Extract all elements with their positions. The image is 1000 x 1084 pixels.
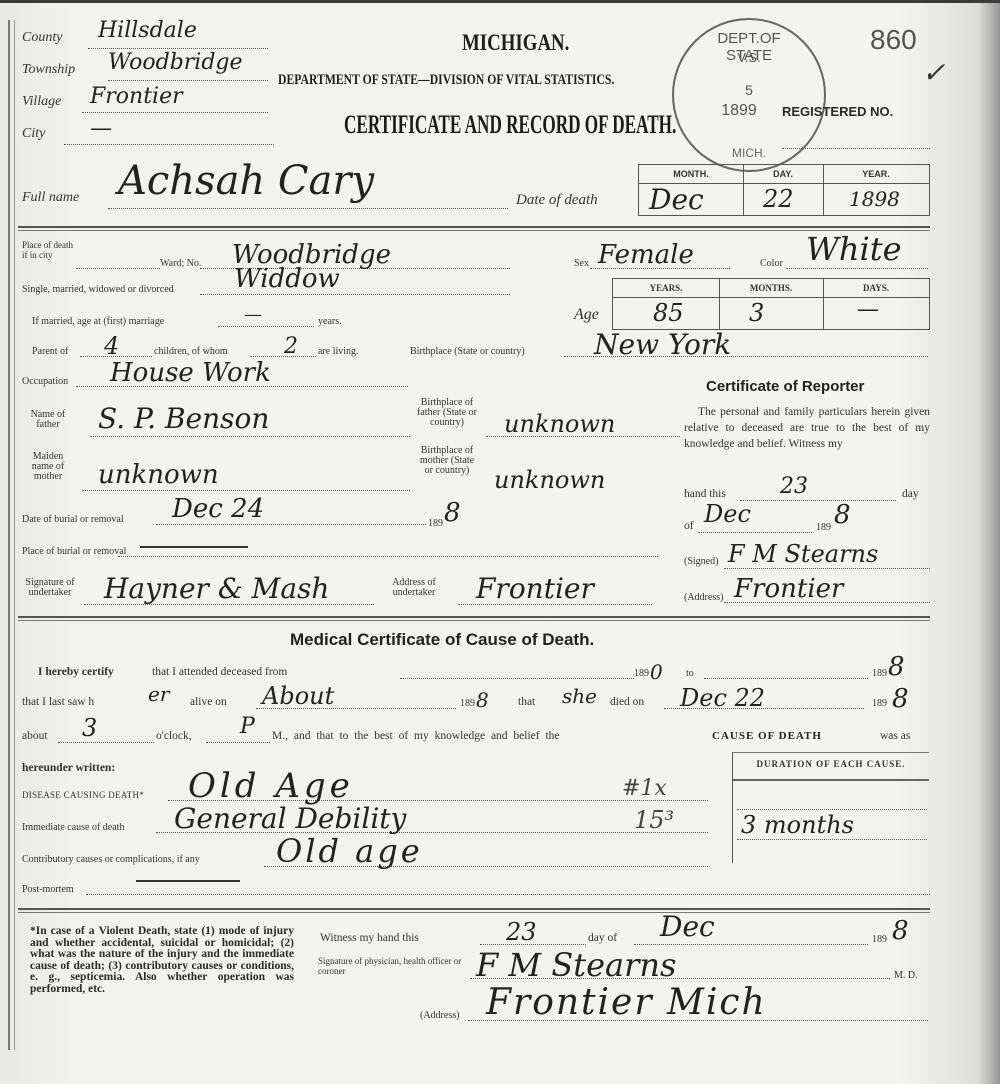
death-month: Dec xyxy=(649,183,704,216)
mother-label: Maiden name of mother xyxy=(22,452,74,482)
reporter-month: Dec xyxy=(704,500,751,528)
oclock-label: o'clock, xyxy=(156,728,192,744)
ampm-line xyxy=(206,742,270,743)
registered-line xyxy=(782,148,930,149)
department-title: DEPARTMENT OF STATE—DIVISION OF VITAL ST… xyxy=(278,72,614,89)
color-label: Color xyxy=(760,258,783,269)
color-line xyxy=(786,268,928,269)
stamp-line2: 5 xyxy=(719,82,779,98)
left-border-rule xyxy=(8,20,15,1050)
disease-value: Old Age xyxy=(188,766,354,806)
sex-label: Sex xyxy=(574,258,589,269)
died-year: 8 xyxy=(892,684,909,714)
alive-on-label: alive on xyxy=(190,694,227,710)
mother-line xyxy=(82,490,410,491)
reporter-day: 23 xyxy=(780,474,808,499)
postmortem-line xyxy=(86,894,930,895)
violent-death-note: *In case of a Violent Death, state (1) m… xyxy=(30,926,294,995)
certify-text: that I attended deceased from xyxy=(152,664,287,680)
father-value: S. P. Benson xyxy=(98,402,269,435)
hour-line xyxy=(58,742,154,743)
cause-bold: CAUSE OF DEATH xyxy=(712,730,822,742)
marriage-age-value: — xyxy=(244,304,262,325)
burial-place-value xyxy=(140,546,248,548)
contributory-value: Old age xyxy=(276,832,423,870)
medical-title: Medical Certificate of Cause of Death. xyxy=(290,630,594,650)
pronoun-value: she xyxy=(562,684,597,708)
reporter-year: 8 xyxy=(834,500,851,530)
father-line xyxy=(90,436,410,437)
day-of-label: day of xyxy=(588,930,617,946)
township-value: Woodbridge xyxy=(108,50,243,75)
age-years: 85 xyxy=(653,299,684,327)
postmortem-value xyxy=(136,880,240,882)
footer-address-label: (Address) xyxy=(420,1010,459,1021)
years-label: years. xyxy=(318,316,342,327)
disease-label: DISEASE CAUSING DEATH* xyxy=(22,790,144,800)
scan-top-edge xyxy=(0,0,1000,3)
duration-line-2 xyxy=(737,839,927,840)
certificate-title: CERTIFICATE AND RECORD OF DEATH. xyxy=(344,110,676,140)
marriage-age-label: If married, age at (first) marriage xyxy=(32,316,164,327)
birthplace-value: New York xyxy=(594,328,731,361)
death-certificate: County Hillsdale Township Woodbridge Vil… xyxy=(0,0,1000,1084)
place-of-death-label: Place of death if in city xyxy=(22,240,74,260)
undertaker-address: Frontier xyxy=(476,572,594,605)
mother-birthplace-label: Birthplace of mother (State or country) xyxy=(416,446,478,476)
reporter-address-label: (Address) xyxy=(684,592,723,603)
village-value: Frontier xyxy=(90,84,183,109)
to-year-prefix: 189 xyxy=(872,668,887,679)
section-divider-2 xyxy=(18,616,930,621)
reporter-signed-line xyxy=(724,568,930,569)
sex-value: Female xyxy=(598,240,694,270)
county-line xyxy=(88,48,268,49)
witness-year-prefix: 189 xyxy=(872,934,887,945)
city-label: City xyxy=(22,126,45,142)
reporter-day-label: day xyxy=(902,486,919,502)
living-line xyxy=(250,356,316,357)
mother-birthplace: unknown xyxy=(494,466,605,494)
burial-place-label: Place of burial or removal xyxy=(22,546,126,557)
alive-on-value: About xyxy=(262,682,334,710)
county-value: Hillsdale xyxy=(98,18,197,43)
md-label: M. D. xyxy=(894,970,918,981)
marital-value: Widdow xyxy=(234,264,340,294)
living-value: 2 xyxy=(284,334,298,359)
reporter-signed: F M Stearns xyxy=(728,540,878,568)
scan-right-edge xyxy=(978,0,1000,1084)
father-birthplace-label: Birthplace of father (State or country) xyxy=(416,398,478,428)
mother-value: unknown xyxy=(98,460,219,490)
city-line xyxy=(64,144,274,145)
occupation-label: Occupation xyxy=(22,376,68,387)
year-header: YEAR. xyxy=(823,169,929,179)
immediate-value: General Debility xyxy=(174,802,406,835)
reporter-signed-label: (Signed) xyxy=(684,556,718,567)
day-header: DAY. xyxy=(743,169,823,179)
date-of-death-label: Date of death xyxy=(516,192,598,209)
living-label: are living. xyxy=(318,346,359,357)
age-label: Age xyxy=(574,306,599,324)
witness-month: Dec xyxy=(660,910,715,943)
to-label: to xyxy=(686,668,694,679)
days-header: DAYS. xyxy=(823,283,929,293)
burial-date-line xyxy=(156,524,426,525)
father-label: Name of father xyxy=(22,410,74,430)
postmortem-label: Post-mortem xyxy=(22,884,74,895)
village-label: Village xyxy=(22,94,61,110)
village-line xyxy=(82,112,268,113)
registered-number: 860 xyxy=(870,24,917,56)
undertaker-address-label: Address of undertaker xyxy=(386,578,442,598)
to-year: 8 xyxy=(888,652,905,682)
months-header: MONTHS. xyxy=(719,283,823,293)
footer-address: Frontier Mich xyxy=(486,982,767,1023)
father-birthplace: unknown xyxy=(504,410,615,438)
date-of-death-box: MONTH. DAY. YEAR. Dec 22 1898 xyxy=(638,164,930,216)
full-name-label: Full name xyxy=(22,190,79,206)
month-header: MONTH. xyxy=(639,169,743,179)
registered-label: REGISTERED NO. xyxy=(782,104,893,119)
full-name-value: Achsah Cary xyxy=(118,158,374,204)
died-on-label: died on xyxy=(610,694,644,710)
age-days: — xyxy=(857,297,879,322)
township-label: Township xyxy=(22,62,75,78)
from-year-prefix: 189 xyxy=(634,668,649,679)
burial-year-prefix: 189 xyxy=(428,518,443,529)
m-label: M., and that to the best of my knowledge… xyxy=(272,728,560,744)
last-saw-label: that I last saw h xyxy=(22,694,94,710)
burial-date: Dec 24 xyxy=(172,494,264,524)
county-label: County xyxy=(22,30,62,46)
duration-line-1 xyxy=(737,809,927,810)
death-year: 1898 xyxy=(849,187,900,211)
duration-value: 3 months xyxy=(741,811,854,839)
from-line xyxy=(400,678,634,679)
reporter-year-prefix: 189 xyxy=(816,522,831,533)
duration-header: DURATION OF EACH CAUSE. xyxy=(733,759,929,769)
marital-line xyxy=(200,294,510,295)
witness-label: Witness my hand this xyxy=(320,930,419,946)
violent-bold: Violent Death, xyxy=(99,925,171,937)
reporter-of-label: of xyxy=(684,518,694,534)
burial-date-label: Date of burial or removal xyxy=(22,514,124,525)
city-value: — xyxy=(90,116,112,141)
age-box: YEARS. MONTHS. DAYS. 85 3 — xyxy=(612,278,930,330)
last-saw-pronoun: er xyxy=(148,682,169,706)
state-title: MICHIGAN. xyxy=(462,30,569,56)
duration-header-rule xyxy=(733,779,929,781)
stamp-bottom-text: MICH. xyxy=(709,146,789,160)
that-label: that xyxy=(518,694,535,710)
burial-year: 8 xyxy=(444,498,461,528)
children-label: children, of whom xyxy=(154,346,228,357)
full-name-line xyxy=(108,208,508,209)
death-day: 22 xyxy=(763,185,794,213)
age-months: 3 xyxy=(749,299,764,327)
reporter-text: The personal and family particulars here… xyxy=(684,404,930,452)
ampm-value: P xyxy=(240,714,255,739)
undertaker-value: Hayner & Mash xyxy=(104,572,329,605)
birthplace-label: Birthplace (State or country) xyxy=(410,346,525,357)
place-line xyxy=(76,268,160,269)
stamp-line1: V.S. xyxy=(719,50,779,65)
check-mark-icon: ✓ xyxy=(922,56,945,89)
duration-box: DURATION OF EACH CAUSE. 3 months xyxy=(732,752,929,863)
violent-note-prefix: *In case of a xyxy=(30,925,99,937)
stamp-year: 1899 xyxy=(699,102,779,120)
section-divider-3 xyxy=(18,908,930,913)
immediate-label: Immediate cause of death xyxy=(22,822,124,833)
witness-month-line xyxy=(634,944,868,945)
certify-bold: I hereby certify xyxy=(38,664,114,680)
contributory-label: Contributory causes or complications, if… xyxy=(22,854,200,865)
undertaker-label: Signature of undertaker xyxy=(22,578,78,598)
years-header: YEARS. xyxy=(613,283,719,293)
children-value: 4 xyxy=(104,332,119,360)
from-year: 0 xyxy=(650,660,663,684)
witness-year: 8 xyxy=(892,916,909,946)
physician-label: Signature of physician, health officer o… xyxy=(318,956,468,976)
witness-day: 23 xyxy=(506,918,537,946)
was-as-label: was as xyxy=(880,728,910,744)
marriage-age-line xyxy=(218,326,314,327)
reporter-title: Certificate of Reporter xyxy=(706,378,864,395)
age-box-divider xyxy=(613,297,929,298)
township-line xyxy=(108,80,268,81)
reporter-day-line xyxy=(740,500,896,501)
margin-note-2: 15³ xyxy=(634,806,674,834)
about-label: about xyxy=(22,728,48,744)
physician-signature: F M Stearns xyxy=(476,946,676,984)
to-line xyxy=(704,678,868,679)
margin-note-1: #1x xyxy=(622,776,667,801)
hour-value: 3 xyxy=(82,714,97,742)
section-divider-1 xyxy=(18,226,930,231)
ward-label: Ward; No. xyxy=(160,258,201,269)
occupation-value: House Work xyxy=(110,358,271,388)
color-value: White xyxy=(806,230,902,268)
parent-of-label: Parent of xyxy=(32,346,68,357)
burial-place-line xyxy=(118,556,658,557)
hereunder-label: hereunder written: xyxy=(22,760,115,776)
marital-label: Single, married, widowed or divorced xyxy=(22,284,174,295)
died-year-prefix: 189 xyxy=(872,698,887,709)
reporter-address: Frontier xyxy=(734,574,843,604)
alive-year: 8 xyxy=(476,688,489,712)
reporter-month-line xyxy=(698,532,812,533)
died-on-value: Dec 22 xyxy=(680,684,765,712)
alive-year-prefix: 189 xyxy=(460,698,475,709)
